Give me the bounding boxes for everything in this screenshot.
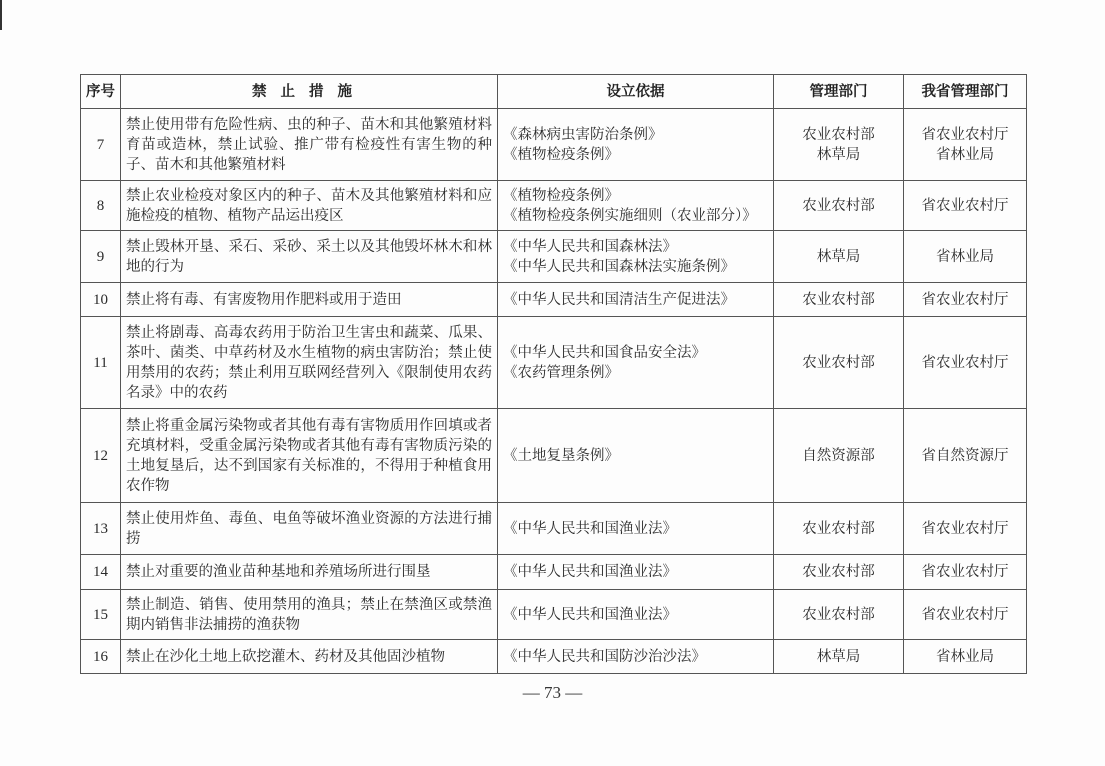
legal-basis: 《中华人民共和国森林法》《中华人民共和国森林法实施条例》 bbox=[498, 231, 774, 283]
table-row: 8禁止农业检疫对象区内的种子、苗木及其他繁殖材料和应施检疫的植物、植物产品运出疫… bbox=[81, 181, 1027, 231]
managing-department: 农业农村部 bbox=[774, 555, 904, 590]
row-number: 8 bbox=[81, 181, 121, 231]
legal-basis-line: 《中华人民共和国清洁生产促进法》 bbox=[503, 290, 768, 310]
table-header-row: 序号 禁止措施 设立依据 管理部门 我省管理部门 bbox=[81, 75, 1027, 109]
row-number: 12 bbox=[81, 409, 121, 503]
legal-basis: 《森林病虫害防治条例》《植物检疫条例》 bbox=[498, 109, 774, 181]
managing-department: 农业农村部林草局 bbox=[774, 109, 904, 181]
prohibition-measure: 禁止使用炸鱼、毒鱼、电鱼等破坏渔业资源的方法进行捕捞 bbox=[121, 503, 498, 555]
legal-basis-line: 《中华人民共和国食品安全法》 bbox=[503, 343, 768, 363]
table-row: 13禁止使用炸鱼、毒鱼、电鱼等破坏渔业资源的方法进行捕捞《中华人民共和国渔业法》… bbox=[81, 503, 1027, 555]
prohibition-measure: 禁止将有毒、有害废物用作肥料或用于造田 bbox=[121, 283, 498, 317]
legal-basis: 《植物检疫条例》《植物检疫条例实施细则（农业部分）》 bbox=[498, 181, 774, 231]
table-row: 16禁止在沙化土地上砍挖灌木、药材及其他固沙植物《中华人民共和国防沙治沙法》林草… bbox=[81, 640, 1027, 674]
provincial-department-line: 省农业农村厅 bbox=[909, 353, 1021, 373]
managing-department: 农业农村部 bbox=[774, 317, 904, 409]
managing-department-line: 农业农村部 bbox=[779, 290, 898, 310]
row-number: 15 bbox=[81, 590, 121, 640]
row-number: 9 bbox=[81, 231, 121, 283]
managing-department-line: 农业农村部 bbox=[779, 519, 898, 539]
provincial-department: 省农业农村厅 bbox=[904, 283, 1027, 317]
page-edge-mark bbox=[0, 0, 2, 30]
provincial-department-line: 省农业农村厅 bbox=[909, 519, 1021, 539]
legal-basis-line: 《中华人民共和国渔业法》 bbox=[503, 519, 768, 539]
prohibition-measure: 禁止毁林开垦、采石、采砂、采土以及其他毁坏林木和林地的行为 bbox=[121, 231, 498, 283]
prohibition-measures-table: 序号 禁止措施 设立依据 管理部门 我省管理部门 7禁止使用带有危险性病、虫的种… bbox=[80, 74, 1027, 674]
provincial-department: 省农业农村厅 bbox=[904, 590, 1027, 640]
managing-department: 农业农村部 bbox=[774, 181, 904, 231]
managing-department: 林草局 bbox=[774, 231, 904, 283]
managing-department-line: 自然资源部 bbox=[779, 446, 898, 466]
legal-basis-line: 《中华人民共和国渔业法》 bbox=[503, 562, 768, 582]
provincial-department: 省林业局 bbox=[904, 640, 1027, 674]
legal-basis-line: 《中华人民共和国森林法》 bbox=[503, 237, 768, 257]
table-body: 7禁止使用带有危险性病、虫的种子、苗木和其他繁殖材料育苗或造林，禁止试验、推广带… bbox=[81, 109, 1027, 674]
provincial-department-line: 省自然资源厅 bbox=[909, 446, 1021, 466]
page-number: — 73 — bbox=[0, 683, 1105, 703]
legal-basis-line: 《植物检疫条例》 bbox=[503, 145, 768, 165]
table-row: 7禁止使用带有危险性病、虫的种子、苗木和其他繁殖材料育苗或造林，禁止试验、推广带… bbox=[81, 109, 1027, 181]
provincial-department-line: 省农业农村厅 bbox=[909, 605, 1021, 625]
provincial-department: 省农业农村厅 bbox=[904, 503, 1027, 555]
managing-department-line: 林草局 bbox=[779, 247, 898, 267]
table-row: 15禁止制造、销售、使用禁用的渔具；禁止在禁渔区或禁渔期内销售非法捕捞的渔获物《… bbox=[81, 590, 1027, 640]
prohibition-measure: 禁止在沙化土地上砍挖灌木、药材及其他固沙植物 bbox=[121, 640, 498, 674]
legal-basis: 《中华人民共和国防沙治沙法》 bbox=[498, 640, 774, 674]
provincial-department-line: 省农业农村厅 bbox=[909, 290, 1021, 310]
legal-basis: 《中华人民共和国渔业法》 bbox=[498, 503, 774, 555]
table-row: 9禁止毁林开垦、采石、采砂、采土以及其他毁坏林木和林地的行为《中华人民共和国森林… bbox=[81, 231, 1027, 283]
prohibition-measure: 禁止使用带有危险性病、虫的种子、苗木和其他繁殖材料育苗或造林，禁止试验、推广带有… bbox=[121, 109, 498, 181]
table-row: 11禁止将剧毒、高毒农药用于防治卫生害虫和蔬菜、瓜果、茶叶、菌类、中草药材及水生… bbox=[81, 317, 1027, 409]
header-basis: 设立依据 bbox=[498, 75, 774, 109]
header-dept: 管理部门 bbox=[774, 75, 904, 109]
provincial-department: 省林业局 bbox=[904, 231, 1027, 283]
managing-department: 林草局 bbox=[774, 640, 904, 674]
legal-basis: 《中华人民共和国渔业法》 bbox=[498, 590, 774, 640]
header-measure: 禁止措施 bbox=[121, 75, 498, 109]
provincial-department: 省农业农村厅 bbox=[904, 317, 1027, 409]
managing-department: 自然资源部 bbox=[774, 409, 904, 503]
provincial-department: 省农业农村厅 bbox=[904, 555, 1027, 590]
managing-department-line: 农业农村部 bbox=[779, 562, 898, 582]
legal-basis: 《土地复垦条例》 bbox=[498, 409, 774, 503]
managing-department: 农业农村部 bbox=[774, 590, 904, 640]
prohibition-measure: 禁止对重要的渔业苗种基地和养殖场所进行围垦 bbox=[121, 555, 498, 590]
row-number: 16 bbox=[81, 640, 121, 674]
row-number: 13 bbox=[81, 503, 121, 555]
row-number: 10 bbox=[81, 283, 121, 317]
legal-basis-line: 《森林病虫害防治条例》 bbox=[503, 125, 768, 145]
prohibition-measure: 禁止将剧毒、高毒农药用于防治卫生害虫和蔬菜、瓜果、茶叶、菌类、中草药材及水生植物… bbox=[121, 317, 498, 409]
prohibition-measure: 禁止将重金属污染物或者其他有毒有害物质用作回填或者充填材料，受重金属污染物或者其… bbox=[121, 409, 498, 503]
legal-basis-line: 《中华人民共和国防沙治沙法》 bbox=[503, 647, 768, 667]
prohibition-measure: 禁止制造、销售、使用禁用的渔具；禁止在禁渔区或禁渔期内销售非法捕捞的渔获物 bbox=[121, 590, 498, 640]
legal-basis-line: 《农药管理条例》 bbox=[503, 363, 768, 383]
header-prov-dept: 我省管理部门 bbox=[904, 75, 1027, 109]
legal-basis-line: 《植物检疫条例实施细则（农业部分）》 bbox=[503, 206, 768, 226]
prohibition-measure: 禁止农业检疫对象区内的种子、苗木及其他繁殖材料和应施检疫的植物、植物产品运出疫区 bbox=[121, 181, 498, 231]
row-number: 14 bbox=[81, 555, 121, 590]
provincial-department-line: 省林业局 bbox=[909, 647, 1021, 667]
managing-department-line: 农业农村部 bbox=[779, 125, 898, 145]
legal-basis: 《中华人民共和国清洁生产促进法》 bbox=[498, 283, 774, 317]
managing-department-line: 农业农村部 bbox=[779, 196, 898, 216]
provincial-department-line: 省农业农村厅 bbox=[909, 196, 1021, 216]
provincial-department: 省自然资源厅 bbox=[904, 409, 1027, 503]
managing-department-line: 农业农村部 bbox=[779, 605, 898, 625]
provincial-department-line: 省林业局 bbox=[909, 145, 1021, 165]
legal-basis-line: 《中华人民共和国森林法实施条例》 bbox=[503, 257, 768, 277]
header-num: 序号 bbox=[81, 75, 121, 109]
managing-department-line: 农业农村部 bbox=[779, 353, 898, 373]
legal-basis: 《中华人民共和国渔业法》 bbox=[498, 555, 774, 590]
legal-basis-line: 《中华人民共和国渔业法》 bbox=[503, 605, 768, 625]
managing-department: 农业农村部 bbox=[774, 283, 904, 317]
legal-basis-line: 《土地复垦条例》 bbox=[503, 446, 768, 466]
table-row: 12禁止将重金属污染物或者其他有毒有害物质用作回填或者充填材料，受重金属污染物或… bbox=[81, 409, 1027, 503]
provincial-department: 省农业农村厅省林业局 bbox=[904, 109, 1027, 181]
row-number: 7 bbox=[81, 109, 121, 181]
legal-basis: 《中华人民共和国食品安全法》《农药管理条例》 bbox=[498, 317, 774, 409]
provincial-department-line: 省农业农村厅 bbox=[909, 562, 1021, 582]
managing-department-line: 林草局 bbox=[779, 647, 898, 667]
row-number: 11 bbox=[81, 317, 121, 409]
table-row: 14禁止对重要的渔业苗种基地和养殖场所进行围垦《中华人民共和国渔业法》农业农村部… bbox=[81, 555, 1027, 590]
table-row: 10禁止将有毒、有害废物用作肥料或用于造田《中华人民共和国清洁生产促进法》农业农… bbox=[81, 283, 1027, 317]
legal-basis-line: 《植物检疫条例》 bbox=[503, 186, 768, 206]
provincial-department-line: 省农业农村厅 bbox=[909, 125, 1021, 145]
managing-department: 农业农村部 bbox=[774, 503, 904, 555]
provincial-department-line: 省林业局 bbox=[909, 247, 1021, 267]
provincial-department: 省农业农村厅 bbox=[904, 181, 1027, 231]
managing-department-line: 林草局 bbox=[779, 145, 898, 165]
